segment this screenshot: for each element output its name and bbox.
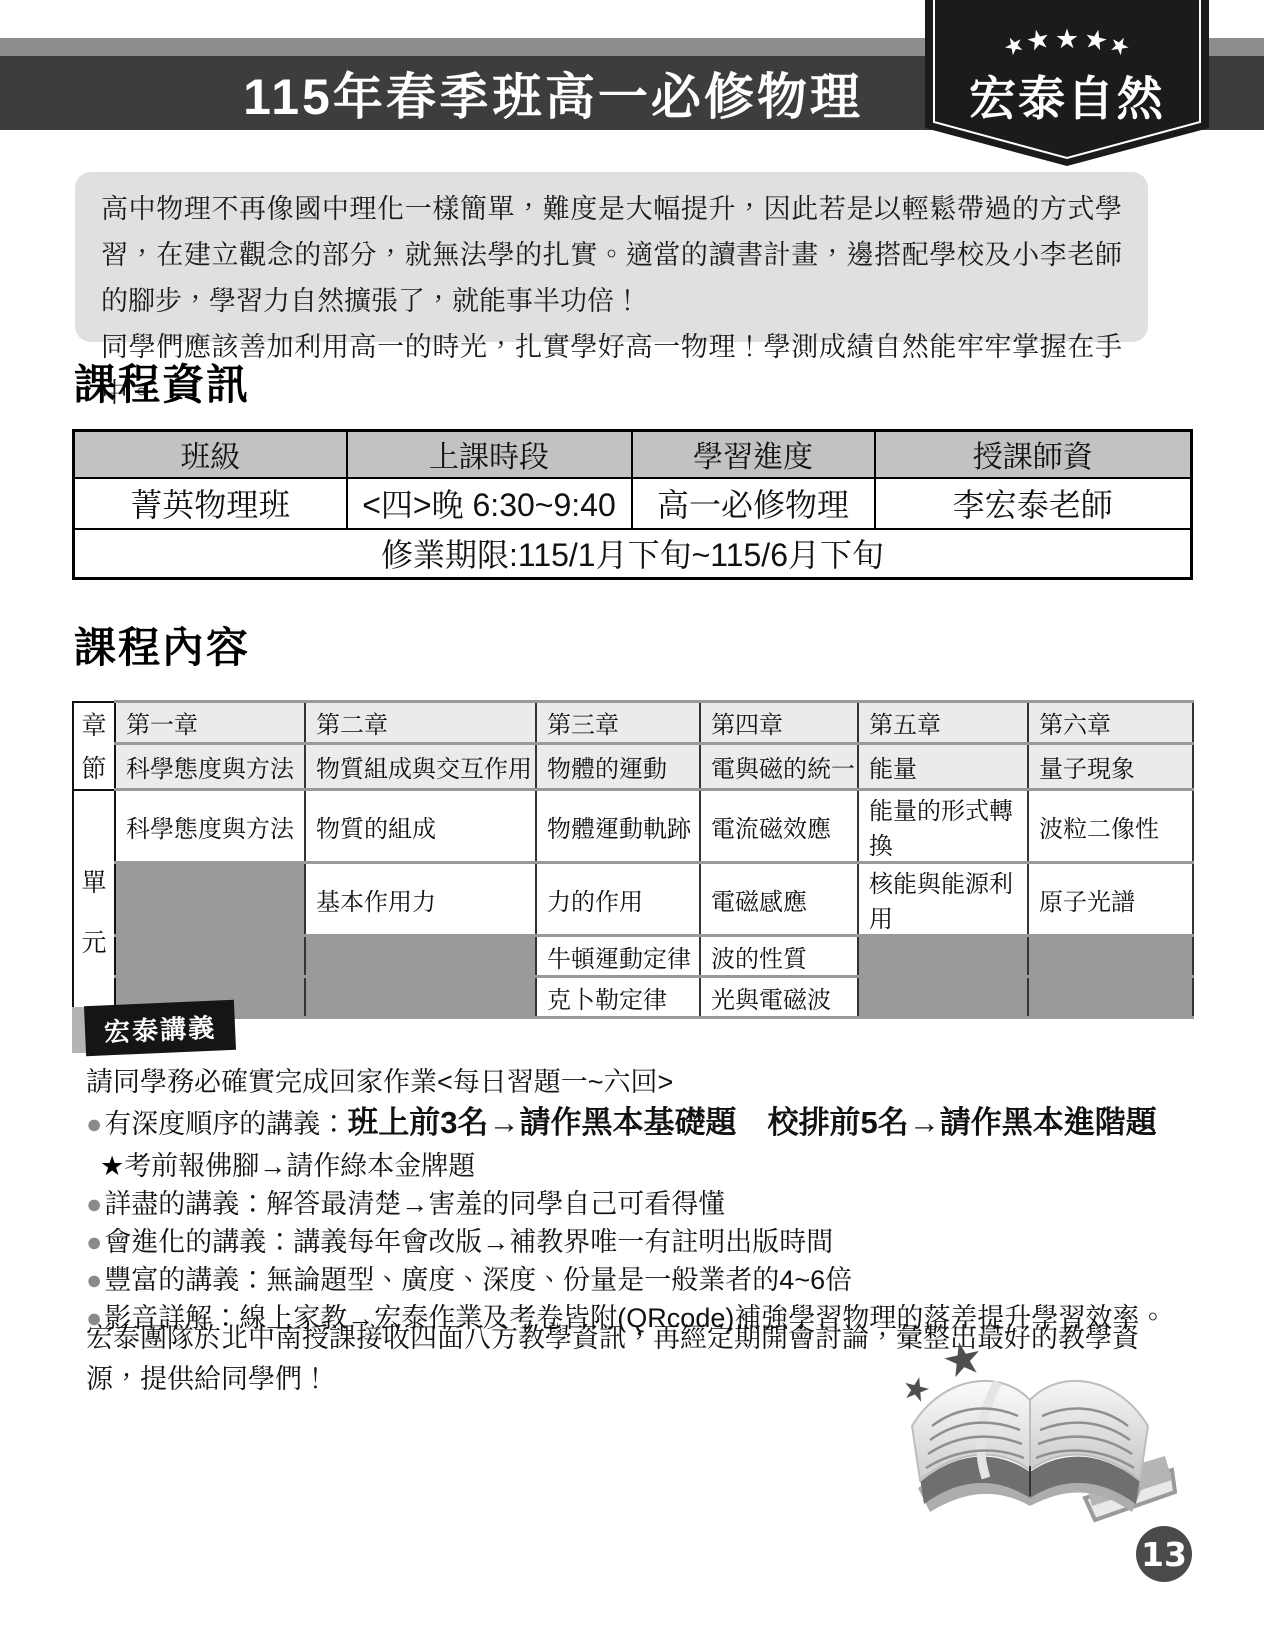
bullet-item: ●豐富的講義：無論題型、廣度、深度、份量是一般業者的4~6倍 xyxy=(86,1261,1186,1299)
section-cell: 物體的運動 xyxy=(536,744,700,790)
label-box: 宏泰講義 xyxy=(84,1000,236,1056)
table-row: 菁英物理班 <四>晚 6:30~9:40 高一必修物理 李宏泰老師 xyxy=(74,478,1192,529)
bullet-item: ●有深度順序的講義：班上前3名→請作黑本基礎題 校排前5名→請作黑本進階題 xyxy=(86,1100,1186,1147)
row-group-label-unit: 單 元 xyxy=(73,790,115,1018)
bullet-label: 考前報佛腳→請作綠本金牌題 xyxy=(124,1151,475,1181)
star-bullet-icon: ★ xyxy=(100,1151,124,1181)
badge-stars-icon: ★ ★ ★ ★ ★ xyxy=(925,26,1209,53)
open-book-illustration: ★ ★ xyxy=(880,1330,1180,1560)
course-content-table: 章 節 第一章 第二章 第三章 第四章 第五章 第六章 科學態度與方法 物質組成… xyxy=(72,700,1194,1019)
chapter-cell: 第三章 xyxy=(536,702,700,744)
column-header-class: 班級 xyxy=(74,431,347,478)
section-cell: 科學態度與方法 xyxy=(115,744,305,790)
row-group-label-chapter: 章 節 xyxy=(73,702,115,790)
intro-paragraph-1: 高中物理不再像國中理化一樣簡單，難度是大幅提升，因此若是以輕鬆帶過的方式學習，在… xyxy=(101,186,1122,324)
section-cell: 量子現象 xyxy=(1028,744,1193,790)
chapter-row: 章 節 第一章 第二章 第三章 第四章 第五章 第六章 xyxy=(73,702,1193,744)
intro-box: 高中物理不再像國中理化一樣簡單，難度是大幅提升，因此若是以輕鬆帶過的方式學習，在… xyxy=(75,172,1148,342)
intro-paragraph-2: 同學們應該善加利用高一的時光，扎實學好高一物理！學測成績自然能牢牢掌握在手中。 xyxy=(101,324,1122,416)
unit-cell: 波粒二像性 xyxy=(1028,790,1193,863)
unit-cell: 光與電磁波 xyxy=(700,977,858,1018)
chapter-cell: 第一章 xyxy=(115,702,305,744)
page-number: 13 xyxy=(1141,1535,1187,1574)
column-header-time: 上課時段 xyxy=(347,431,632,478)
unit-cell: 電流磁效應 xyxy=(700,790,858,863)
unit-cell: 基本作用力 xyxy=(305,863,536,936)
unit-cell xyxy=(305,977,536,1018)
unit-cell xyxy=(1028,936,1193,977)
column-header-progress: 學習進度 xyxy=(632,431,875,478)
unit-cell xyxy=(858,977,1028,1018)
unit-cell xyxy=(115,863,305,936)
bullet-dot-icon: ● xyxy=(86,1227,102,1257)
unit-cell xyxy=(1028,977,1193,1018)
table-header-row: 班級 上課時段 學習進度 授課師資 xyxy=(74,431,1192,478)
cell-class-time: <四>晚 6:30~9:40 xyxy=(347,478,632,529)
section-heading-course-info: 課程資訊 xyxy=(74,352,250,412)
page-number-badge: 13 xyxy=(1136,1526,1192,1582)
bullet-dot-icon: ● xyxy=(86,1189,102,1219)
lecture-notes-label: 宏泰講義 xyxy=(72,1002,252,1060)
cell-class-teacher: 李宏泰老師 xyxy=(875,478,1192,529)
page-title: 115年春季班高一必修物理 xyxy=(243,57,863,129)
bullet-dot-icon: ● xyxy=(86,1265,102,1295)
bullet-label: 豐富的講義：無論題型、廣度、深度、份量是一般業者的4~6倍 xyxy=(104,1265,852,1295)
bullet-dot-icon: ● xyxy=(86,1109,102,1139)
label-char: 章 xyxy=(74,706,114,742)
course-info-table: 班級 上課時段 學習進度 授課師資 菁英物理班 <四>晚 6:30~9:40 高… xyxy=(72,429,1193,580)
unit-cell: 物質的組成 xyxy=(305,790,536,863)
table-footer-row: 修業期限:115/1月下旬~115/6月下旬 xyxy=(74,529,1192,579)
lecture-notes: 請同學務必確實完成回家作業<每日習題一~六回> ●有深度順序的講義：班上前3名→… xyxy=(86,1064,1186,1337)
bullet-label: 會進化的講義：講義每年會改版→補教界唯一有註明出版時間 xyxy=(104,1227,833,1257)
open-book-drawing xyxy=(880,1330,1180,1560)
label-char: 單 xyxy=(74,863,114,899)
column-header-teacher: 授課師資 xyxy=(875,431,1192,478)
unit-cell: 波的性質 xyxy=(700,936,858,977)
label-char: 節 xyxy=(74,749,114,785)
bullet-label: 詳盡的講義：解答最清楚→害羞的同學自己可看得懂 xyxy=(104,1189,725,1219)
label-char: 元 xyxy=(74,923,114,959)
bullet-bold-text: 班上前3名→請作黑本基礎題 校排前5名→請作黑本進階題 xyxy=(347,1105,1156,1140)
section-cell: 物質組成與交互作用 xyxy=(305,744,536,790)
star-icon: ★ xyxy=(1055,26,1079,53)
unit-cell: 科學態度與方法 xyxy=(115,790,305,863)
brand-badge: ★ ★ ★ ★ ★ 宏泰自然 xyxy=(925,0,1209,172)
homework-note: 請同學務必確實完成回家作業<每日習題一~六回> xyxy=(86,1064,1186,1100)
bullet-item: ★考前報佛腳→請作綠本金牌題 xyxy=(86,1147,1186,1185)
section-cell: 電與磁的統一 xyxy=(700,744,858,790)
bullet-label: 有深度順序的講義： xyxy=(104,1109,347,1139)
unit-cell: 原子光譜 xyxy=(1028,863,1193,936)
section-heading-course-content: 課程內容 xyxy=(74,615,250,675)
unit-cell: 克卜勒定律 xyxy=(536,977,700,1018)
label-text: 宏泰講義 xyxy=(103,1007,217,1049)
chapter-cell: 第五章 xyxy=(858,702,1028,744)
unit-cell xyxy=(858,936,1028,977)
chapter-cell: 第六章 xyxy=(1028,702,1193,744)
section-row: 科學態度與方法 物質組成與交互作用 物體的運動 電與磁的統一 能量 量子現象 xyxy=(73,744,1193,790)
star-icon: ★ xyxy=(1024,25,1054,57)
cell-course-period: 修業期限:115/1月下旬~115/6月下旬 xyxy=(74,529,1192,579)
unit-cell: 物體運動軌跡 xyxy=(536,790,700,863)
section-cell: 能量 xyxy=(858,744,1028,790)
unit-cell: 力的作用 xyxy=(536,863,700,936)
unit-cell xyxy=(305,936,536,977)
unit-row: 基本作用力 力的作用 電磁感應 核能與能源利用 原子光譜 xyxy=(73,863,1193,936)
bullet-item: ●詳盡的講義：解答最清楚→害羞的同學自己可看得懂 xyxy=(86,1185,1186,1223)
bullet-item: ●會進化的講義：講義每年會改版→補教界唯一有註明出版時間 xyxy=(86,1223,1186,1261)
cell-class-progress: 高一必修物理 xyxy=(632,478,875,529)
brand-name: 宏泰自然 xyxy=(925,62,1209,129)
unit-row: 單 元 科學態度與方法 物質的組成 物體運動軌跡 電流磁效應 能量的形式轉換 波… xyxy=(73,790,1193,863)
unit-cell: 電磁感應 xyxy=(700,863,858,936)
unit-row: 牛頓運動定律 波的性質 xyxy=(73,936,1193,977)
unit-cell: 能量的形式轉換 xyxy=(858,790,1028,863)
chapter-cell: 第四章 xyxy=(700,702,858,744)
flyer-page: 115年春季班高一必修物理 ★ ★ ★ ★ ★ 宏泰自然 高中物理不再像國中理化… xyxy=(0,0,1264,1629)
unit-cell xyxy=(115,936,305,977)
unit-cell: 核能與能源利用 xyxy=(858,863,1028,936)
cell-class-name: 菁英物理班 xyxy=(74,478,347,529)
chapter-cell: 第二章 xyxy=(305,702,536,744)
unit-cell: 牛頓運動定律 xyxy=(536,936,700,977)
